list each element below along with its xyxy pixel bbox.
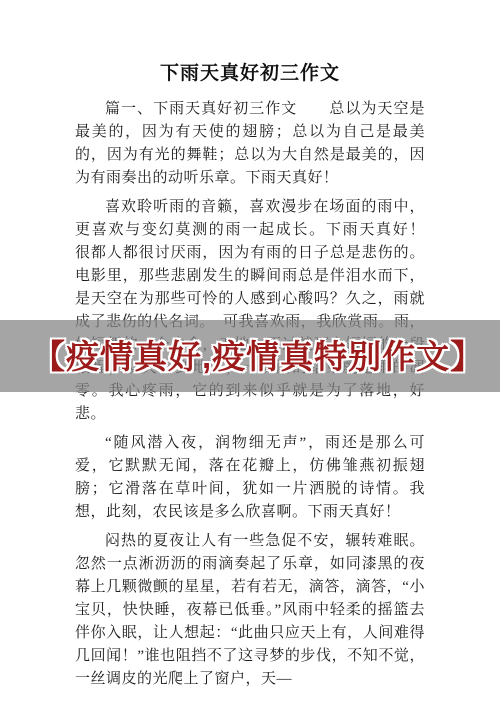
essay-paragraph: 闷热的夏夜让人有一些急促不安，辗转难眠。忽然一点淅沥沥的雨滴奏起了乐章，如同漆黑… (75, 530, 425, 691)
essay-body: 篇一、下雨天真好初三作文 总以为天空是最美的，因为有天使的翅膀；总以为自己是最美… (75, 98, 425, 691)
essay-paragraph: “随风潜入夜，润物细无声”，雨还是那么可爱，它默默无闻，落在花瓣上，仿佛雏燕初振… (75, 432, 425, 524)
essay-paragraph: 篇一、下雨天真好初三作文 总以为天空是最美的，因为有天使的翅膀；总以为自己是最美… (75, 98, 425, 190)
watermark-text: 【疫情真好,疫情真特别作文】 (32, 339, 468, 374)
document-page: 下雨天真好初三作文 篇一、下雨天真好初三作文 总以为天空是最美的，因为有天使的翅… (0, 0, 500, 706)
watermark-banner: 【疫情真好,疫情真特别作文】 (0, 320, 500, 392)
page-title: 下雨天真好初三作文 (0, 0, 500, 85)
